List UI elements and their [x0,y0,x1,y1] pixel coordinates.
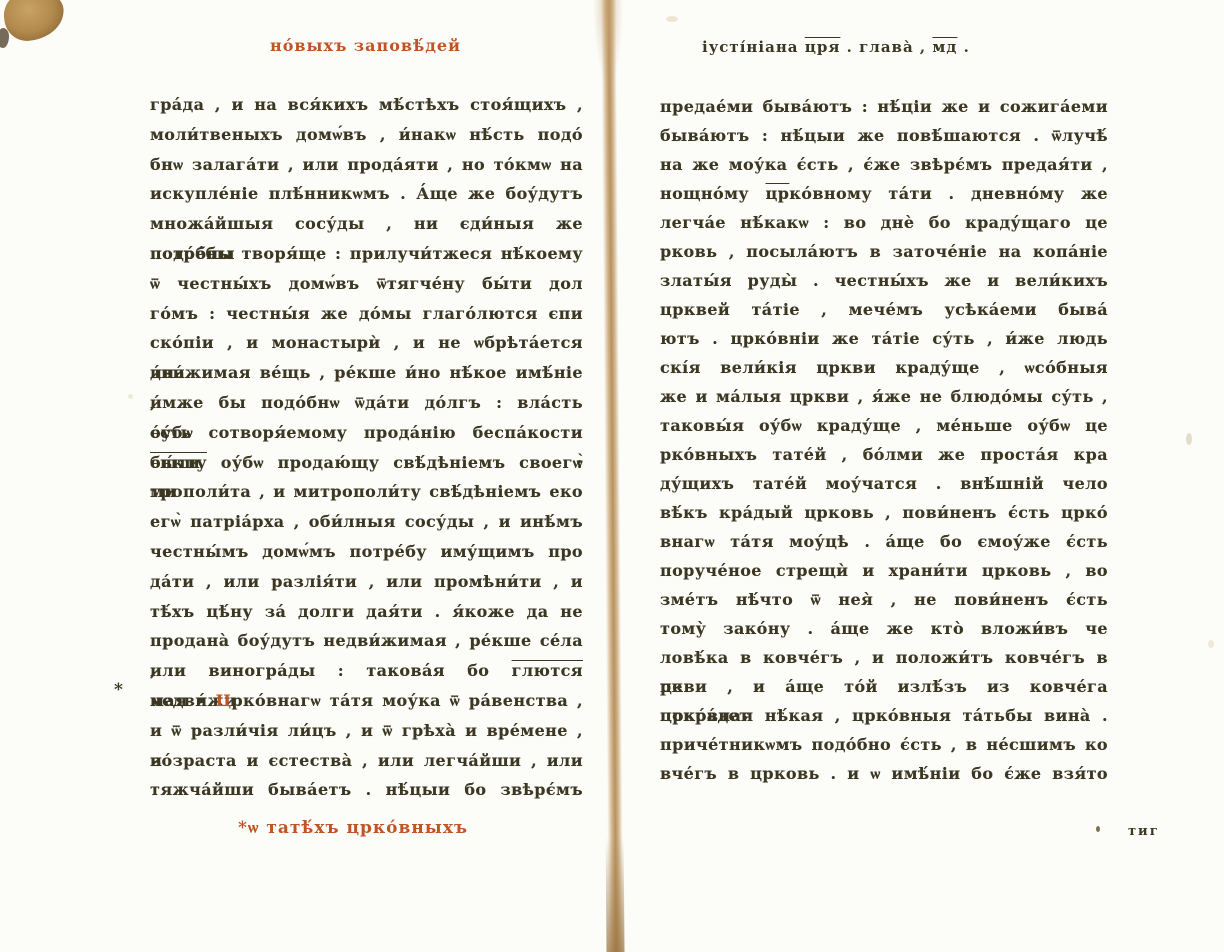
text-line: єпкпу оу́бѡ продаю́щу свѣ́дѣніемъ своегѡ… [150,448,583,478]
text-segment: іусті́ніана [702,38,805,56]
text-line: ѿ честны́хъ домѡ́въ ѿтягче́ну бы́ти дол [150,269,583,299]
text-line: црко́вная нѣ́кая , црко́вныя та́тьбы вин… [660,701,1108,730]
left-page-text: гра́да , и на вся́кихъ мѣ́стѣхъ стоя́щих… [150,90,583,805]
text-line: златы́я руды̀ . честны́хъ же и вели́кихъ [660,266,1108,295]
gutter-shade-top [593,0,624,86]
text-line: тому̀ зако́ну . а́ще же кто̀ вложи́въ че [660,614,1108,643]
text-line: рко́вныхъ тате́й , бо́лми же проста́я кр… [660,440,1108,469]
text-segment: тѣ́хъ цѣ́ну за́ долги дая́ти . я́коже да… [150,602,583,621]
text-segment: . глава̀ , [840,38,932,56]
text-segment: бнѡ залага́ти , или прода́яти , но то́км… [150,155,583,174]
text-line: предае́ми быва́ютъ : нѣ́ціи же и сожига́… [660,92,1108,121]
text-line: тѣ́хъ цѣ́ну за́ долги дая́ти . я́коже да… [150,597,583,627]
text-segment: ко́вному та́ти . дневно́му же [789,184,1108,203]
red-ink-text: но́выхъ заповѣ́дей [270,36,461,55]
text-line: потре́бы творя́ще : прилучи́тжеся нѣ́кое… [150,239,583,269]
text-segment: на же моу́ка є́сть , є́же звѣрє́мъ преда… [660,155,1108,174]
footnote: *ѡ татѣ́хъ црко́вныхъ [238,818,468,838]
paper-stain [1,0,67,43]
text-segment: поруче́ное стрещѝ и храни́ти црковь , во [660,561,1108,580]
text-segment: црко́вная нѣ́кая , црко́вныя та́тьбы вин… [660,706,1108,725]
paper-stain-dark [0,28,9,48]
text-segment: вче́гъ в црковь . и ѡ имѣ́ніи бо є́же вз… [660,764,1108,783]
paper-speck [1208,640,1214,648]
text-line: є́сть сотворя́емому прода́нію беспа́кост… [150,418,583,448]
quire-signature: тиг [1128,824,1160,839]
text-segment: таковы́я оу́бѡ краду́ще , ме́ньше оу́бѡ … [660,416,1108,435]
text-segment: честны́мъ домѡ́мъ потре́бу иму́щимъ про [150,542,583,561]
text-segment: златы́я руды̀ . честны́хъ же и вели́кихъ [660,271,1108,290]
text-line: или виногра́ды : такова́я бо глются недв… [150,656,583,686]
text-line: ютъ . црко́вніи же та́тіе су́ть , и́же л… [660,324,1108,353]
text-line: честны́мъ домѡ́мъ потре́бу иму́щимъ про [150,537,583,567]
book-spread: но́выхъ заповѣ́дей гра́да , и на вся́ких… [0,0,1224,952]
text-segment: рко́вныхъ тате́й , бо́лми же проста́я кр… [660,445,1108,464]
text-segment: єпкпу [150,453,207,472]
paper-speck [1186,433,1192,445]
text-segment: рковь , посыла́ютъ в заточе́ніе на копа́… [660,242,1108,261]
text-segment: цр [765,184,789,203]
text-segment: цря [805,38,841,56]
text-segment: глются [512,661,583,680]
text-segment: ютъ . црко́вніи же та́тіе су́ть , и́же л… [660,329,1108,348]
text-line: црквей та́тіе , мече́мъ усѣка́еми быва́ [660,295,1108,324]
text-line: поруче́ное стрещѝ и храни́ти црковь , во [660,556,1108,585]
text-segment: . [957,38,969,56]
text-line: же и ма́лыя цркви , я́же не блюдо́мы су́… [660,382,1108,411]
text-segment: же и ма́лыя цркви , я́же не блюдо́мы су́… [660,387,1108,406]
book-gutter [601,0,624,952]
text-segment: гра́да , и на вся́кихъ мѣ́стѣхъ стоя́щих… [150,95,583,114]
text-line: зме́тъ нѣ́что ѿ нея̀ , не пови́ненъ є́ст… [660,585,1108,614]
text-segment: црквей та́тіе , мече́мъ усѣка́еми быва́ [660,300,1108,319]
text-line: приче́тникѡмъ подо́бно є́сть , в не́сшим… [660,730,1108,759]
text-segment: внагѡ та́тя моу́цѣ . а́ще бо ємоу́же є́с… [660,532,1108,551]
text-segment: егѡ̀ патріа́рха , оби́лныя сосу́ды , и и… [150,512,583,531]
right-running-header: іусті́ніана цря . глава̀ , мд . [702,38,970,56]
paper-speck [666,16,678,22]
text-line: дви́жимая ве́щь , ре́кше и́но нѣ́кое имѣ… [150,358,583,388]
text-segment: тяжча́йши быва́етъ . нѣ́цыи бо звѣрє́мъ [150,780,583,799]
text-line: ду́щихъ тате́й моу́чатся . внѣ́шній чело [660,469,1108,498]
text-line: таковы́я оу́бѡ краду́ще , ме́ньше оу́бѡ … [660,411,1108,440]
text-segment: тому̀ зако́ну . а́ще же кто̀ вложи́въ че [660,619,1108,638]
text-line: во́зраста и єстества̀ , или легча́йши , … [150,746,583,776]
text-line: и ѿ разли́чія ли́цъ , и ѿ грѣха̀ и вре́м… [150,716,583,746]
text-segment: во́зраста и єстества̀ , или легча́йши , … [150,751,583,770]
text-segment: трополи́та , и митрополи́ту свѣ́дѣніемъ … [150,482,583,501]
text-segment: предае́ми быва́ютъ : нѣ́ціи же и сожига́… [660,97,1108,116]
text-line: и́мже бы подо́бнѡ ѿда́ти до́лгъ : вла́ст… [150,388,583,418]
text-line: трополи́та , и митрополи́ту свѣ́дѣніемъ … [150,477,583,507]
text-line: вче́гъ в црковь . и ѡ имѣ́ніи бо є́же вз… [660,759,1108,788]
text-segment: нощно́му [660,184,765,203]
paper-speck [128,394,133,399]
text-segment: моли́твеныхъ домѡ́въ , и́накѡ нѣ́сть под… [150,125,583,144]
text-line: тяжча́йши быва́етъ . нѣ́цыи бо звѣрє́мъ [150,775,583,805]
text-line: моли́твеныхъ домѡ́въ , и́накѡ нѣ́сть под… [150,120,583,150]
text-line: на же моу́ка є́сть , є́же звѣрє́мъ преда… [660,150,1108,179]
text-line: нощно́му црко́вному та́ти . дневно́му же [660,179,1108,208]
text-segment: мд [932,38,957,56]
text-line: легча́е нѣ́какѡ : во днѐ бо краду́щаго ц… [660,208,1108,237]
text-segment: приче́тникѡмъ подо́бно є́сть , в не́сшим… [660,735,1108,754]
text-segment: го́мъ : честны́я же до́мы глаго́лются єп… [150,304,583,323]
text-line: мая • Црко́внагѡ та́тя моу́ка ѿ ра́венст… [150,686,583,716]
right-page-text: предае́ми быва́ютъ : нѣ́ціи же и сожига́… [660,92,1108,788]
text-line: да́ти , или разлія́ти , или промѣни́ти ,… [150,567,583,597]
text-segment: вѣ́къ кра́дый црковь , пови́ненъ є́сть ц… [660,503,1108,522]
text-segment: легча́е нѣ́какѡ : во днѐ бо краду́щаго ц… [660,213,1108,232]
text-line: множа́йшыя сосу́ды , ни єди́ныя же подо́… [150,209,583,239]
text-segment: зме́тъ нѣ́что ѿ нея̀ , не пови́ненъ є́ст… [660,590,1108,609]
text-segment: или виногра́ды : такова́я бо [150,661,512,680]
margin-asterisk: * [114,680,123,700]
gutter-shade-bottom [606,836,625,952]
text-line: быва́ютъ : нѣ́цыи же повѣ́шаются . ѿлучѣ… [660,121,1108,150]
text-line: ркви , и а́ще то́й излѣ́зъ из ковче́га п… [660,672,1108,701]
paper-speck [1096,826,1100,832]
text-segment: скі́я вели́кія цркви краду́ще , ѡсо́бныя [660,358,1108,377]
text-line: скі́я вели́кія цркви краду́ще , ѡсо́бныя [660,353,1108,382]
text-line: рковь , посыла́ютъ в заточе́ніе на копа́… [660,237,1108,266]
red-ink-text: *ѡ татѣ́хъ црко́вныхъ [238,818,468,838]
text-line: ловѣ́ка в ковче́гъ , и положи́тъ ковче́г… [660,643,1108,672]
text-line: бнѡ залага́ти , или прода́яти , но то́км… [150,150,583,180]
text-segment: быва́ютъ : нѣ́цыи же повѣ́шаются . ѿлучѣ… [660,126,1108,145]
text-line: го́мъ : честны́я же до́мы глаго́лются єп… [150,299,583,329]
text-segment: ѿ честны́хъ домѡ́въ ѿтягче́ну бы́ти дол [150,274,583,293]
text-segment: ду́щихъ тате́й моу́чатся . внѣ́шній чело [660,474,1108,493]
text-line: искупле́ніе плѣ́нникѡмъ . А́ще же боу́ду… [150,179,583,209]
text-line: внагѡ та́тя моу́цѣ . а́ще бо ємоу́же є́с… [660,527,1108,556]
text-segment: мая • [150,691,216,710]
text-line: гра́да , и на вся́кихъ мѣ́стѣхъ стоя́щих… [150,90,583,120]
red-ink-text: Ц [216,691,232,710]
text-segment: да́ти , или разлія́ти , или промѣни́ти ,… [150,572,583,591]
text-segment: рко́внагѡ та́тя моу́ка ѿ ра́венства , [231,691,583,710]
text-line: егѡ̀ патріа́рха , оби́лныя сосу́ды , и и… [150,507,583,537]
left-running-header: но́выхъ заповѣ́дей [270,36,461,55]
text-line: вѣ́къ кра́дый црковь , пови́ненъ є́сть ц… [660,498,1108,527]
text-segment: потре́бы творя́ще : прилучи́тжеся нѣ́кое… [150,244,583,263]
text-line: ско́піи , и монастырѝ , и не ѡбрѣта́ется… [150,328,583,358]
text-segment: искупле́ніе плѣ́нникѡмъ . А́ще же боу́ду… [150,184,583,203]
text-line: продана̀ боу́дутъ недви́жимая , ре́кше с… [150,626,583,656]
